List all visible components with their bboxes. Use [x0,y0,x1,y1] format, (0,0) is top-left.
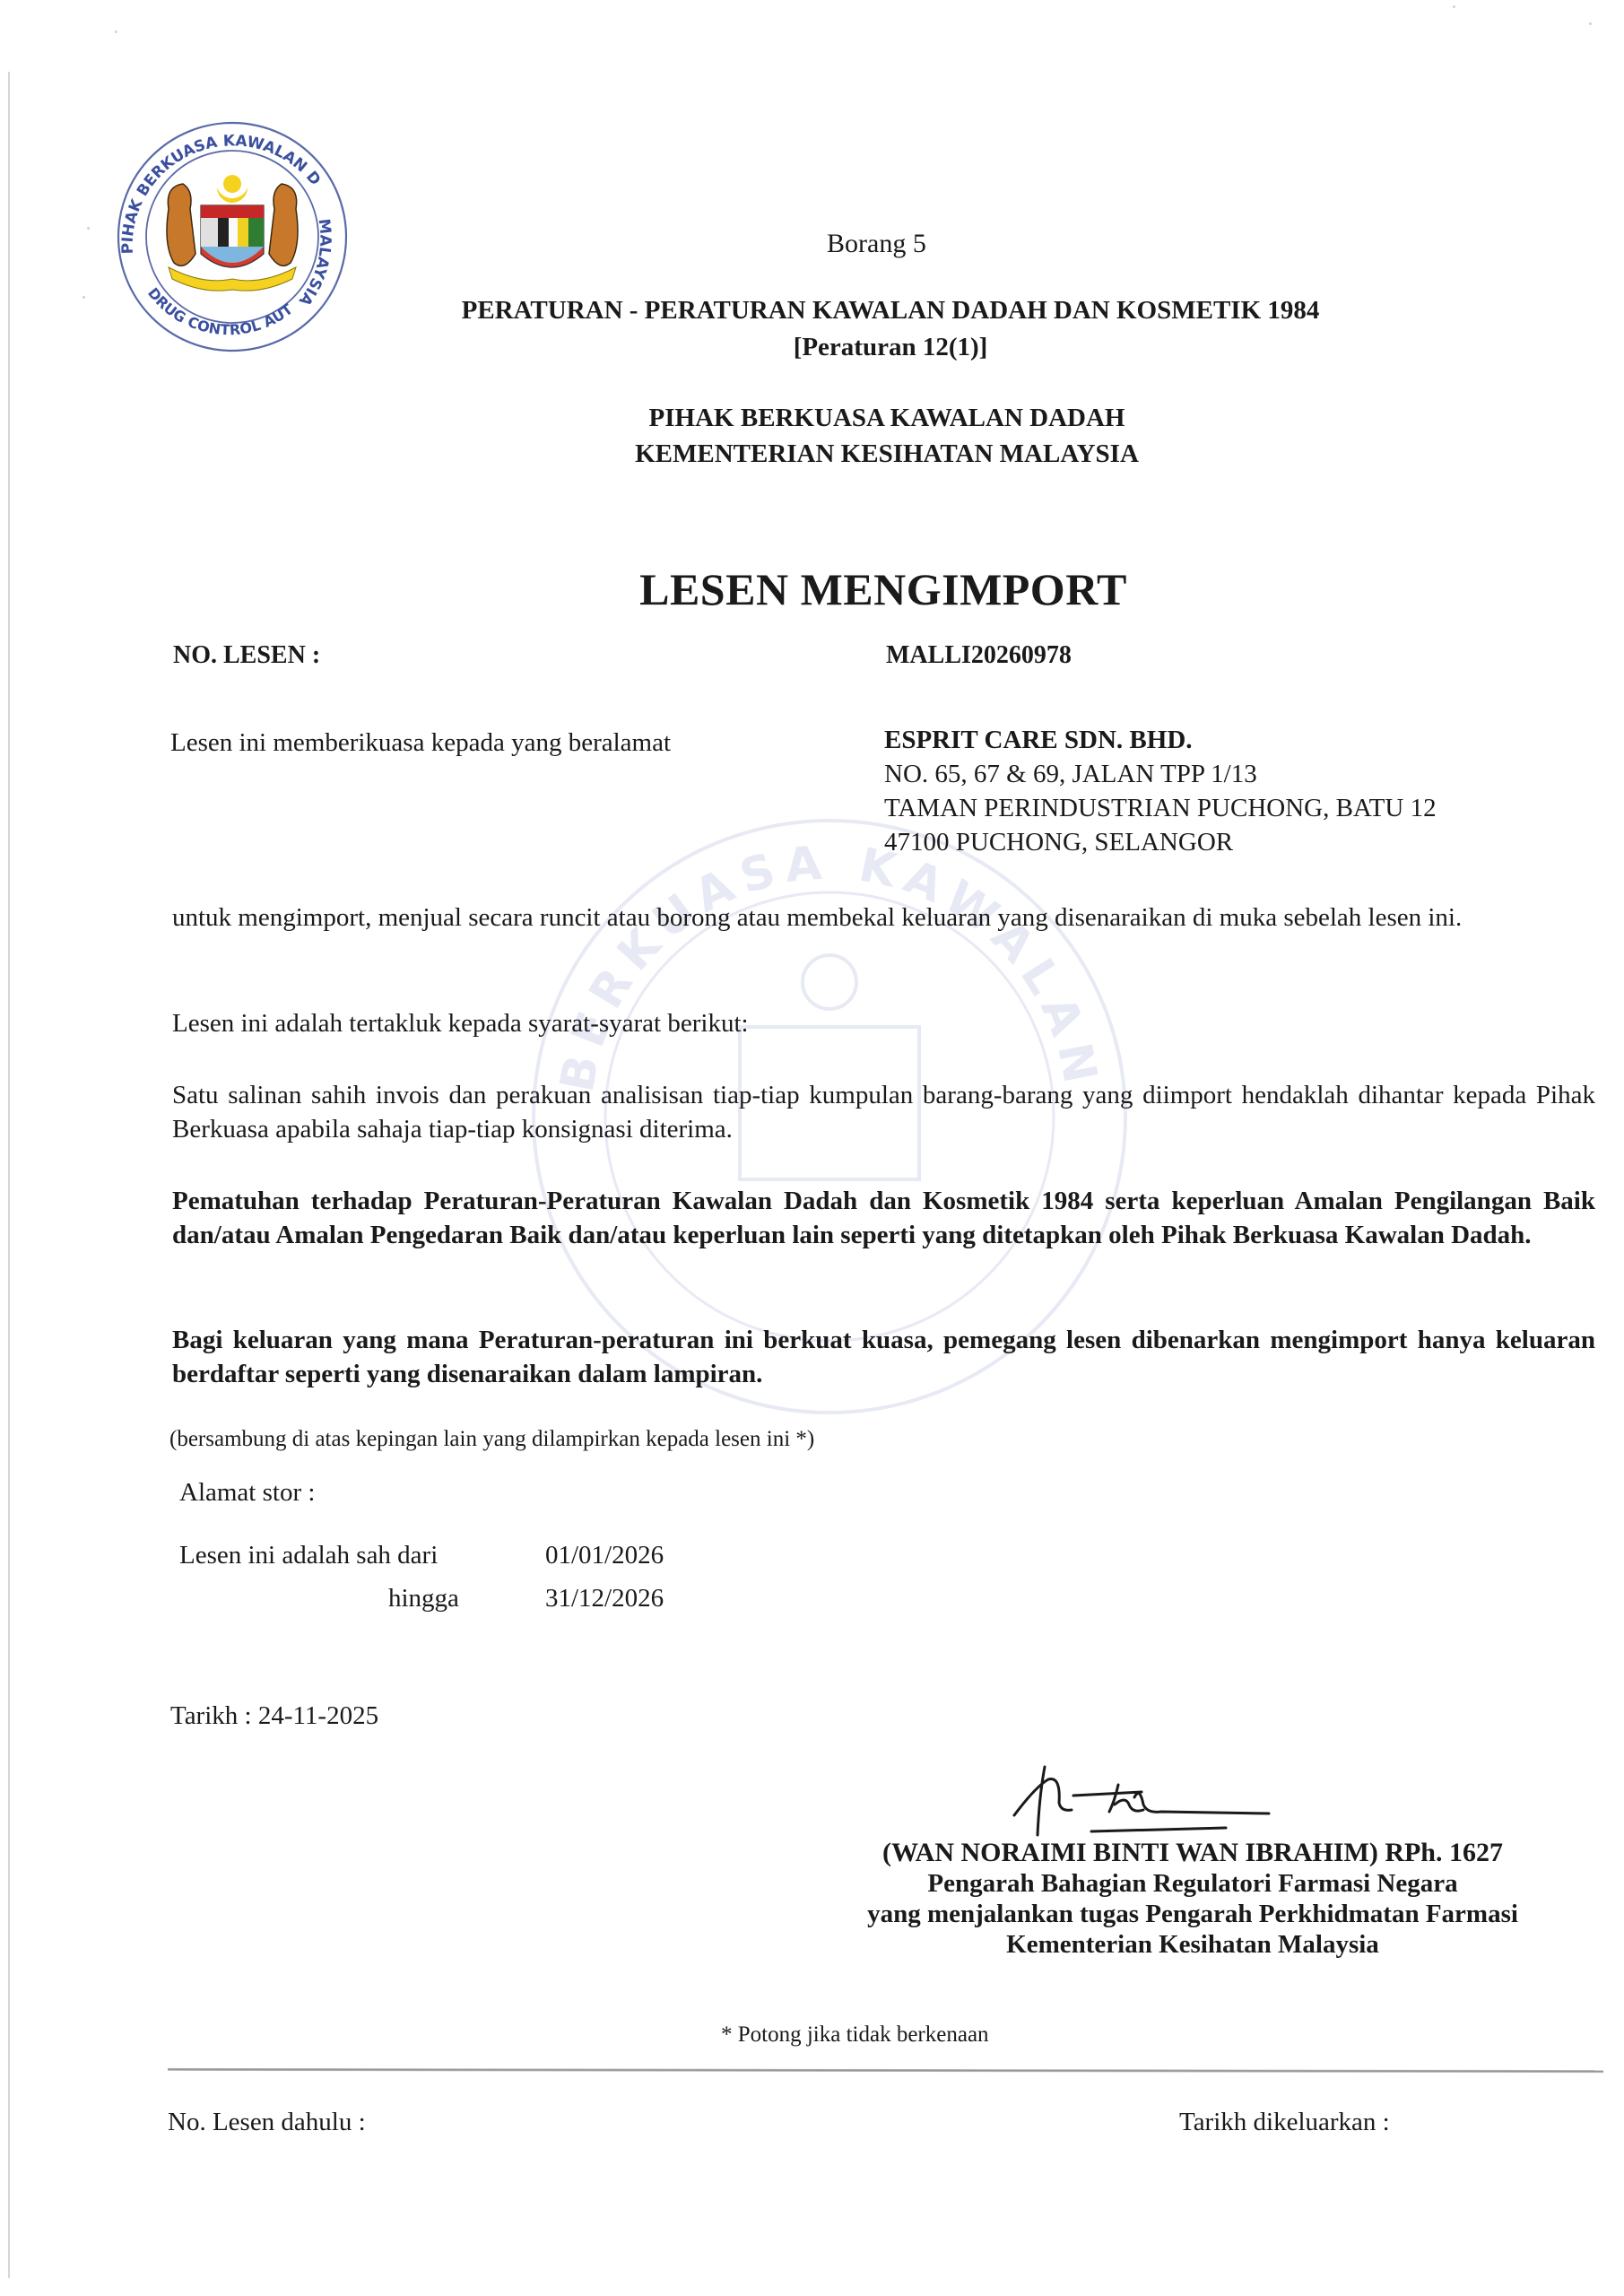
licensee-address-block: ESPRIT CARE SDN. BHD. NO. 65, 67 & 69, J… [884,723,1437,859]
regulation-title: PERATURAN - PERATURAN KAWALAN DADAH DAN … [462,296,1320,326]
valid-from-label: Lesen ini adalah sah dari [179,1541,438,1570]
signatory-block: (WAN NORAIMI BINTI WAN IBRAHIM) RPh. 162… [807,1838,1578,1960]
store-address-label: Alamat stor : [179,1478,315,1508]
license-number-value: MALLI20260978 [886,641,1072,670]
handwritten-signature [1009,1760,1278,1840]
scan-speck [1453,5,1455,8]
cut-line-divider [168,2068,1603,2073]
condition-invoice: Satu salinan sahih invois dan perakuan a… [172,1078,1595,1146]
license-number-label: NO. LESEN : [173,641,320,670]
svg-text:BERKUASA KAWALAN: BERKUASA KAWALAN [551,836,1108,1096]
conditions-intro: Lesen ini adalah tertakluk kepada syarat… [172,1006,1595,1040]
condition-registered-products: Bagi keluaran yang mana Peraturan-peratu… [172,1323,1595,1391]
address-line: NO. 65, 67 & 69, JALAN TPP 1/13 [884,757,1437,791]
signatory-ministry: Kementerian Kesihatan Malaysia [807,1929,1578,1960]
purpose-paragraph: untuk mengimport, menjual secara runcit … [172,900,1595,935]
previous-license-label: No. Lesen dahulu : [168,2108,366,2137]
valid-to-date: 31/12/2026 [545,1584,664,1613]
issued-date-label: Tarikh dikeluarkan : [1179,2108,1390,2137]
authority-name: PIHAK BERKUASA KAWALAN DADAH [649,404,1125,433]
valid-to-label: hingga [388,1584,459,1613]
continuation-note: (bersambung di atas kepingan lain yang d… [169,1427,814,1452]
issue-date: Tarikh : 24-11-2025 [170,1701,378,1731]
form-number: Borang 5 [827,229,926,259]
address-line: 47100 PUCHONG, SELANGOR [884,825,1437,859]
scan-speck [83,296,85,299]
ministry-name: KEMENTERIAN KESIHATAN MALAYSIA [635,439,1139,469]
address-line: TAMAN PERINDUSTRIAN PUCHONG, BATU 12 [884,791,1437,825]
scan-speck [1589,22,1592,25]
footnote: * Potong jika tidak berkenaan [721,2022,989,2048]
valid-from-date: 01/01/2026 [545,1541,664,1570]
signatory-acting-title: yang menjalankan tugas Pengarah Perkhidm… [807,1899,1578,1929]
condition-compliance: Pematuhan terhadap Peraturan-Peraturan K… [172,1184,1595,1252]
signatory-title: Pengarah Bahagian Regulatori Farmasi Neg… [807,1868,1578,1899]
signatory-name: (WAN NORAIMI BINTI WAN IBRAHIM) RPh. 162… [807,1838,1578,1868]
document-title: LESEN MENGIMPORT [639,563,1127,615]
drug-control-authority-seal: PIHAK BERKUASA KAWALAN DADAH MALAYSIA DR… [113,119,352,354]
page-edge-line [8,72,10,2278]
licensee-intro: Lesen ini memberikuasa kepada yang beral… [170,728,671,758]
scan-speck [87,227,90,230]
scan-speck [115,30,117,33]
regulation-reference: [Peraturan 12(1)] [794,333,988,362]
company-name: ESPRIT CARE SDN. BHD. [884,723,1437,757]
